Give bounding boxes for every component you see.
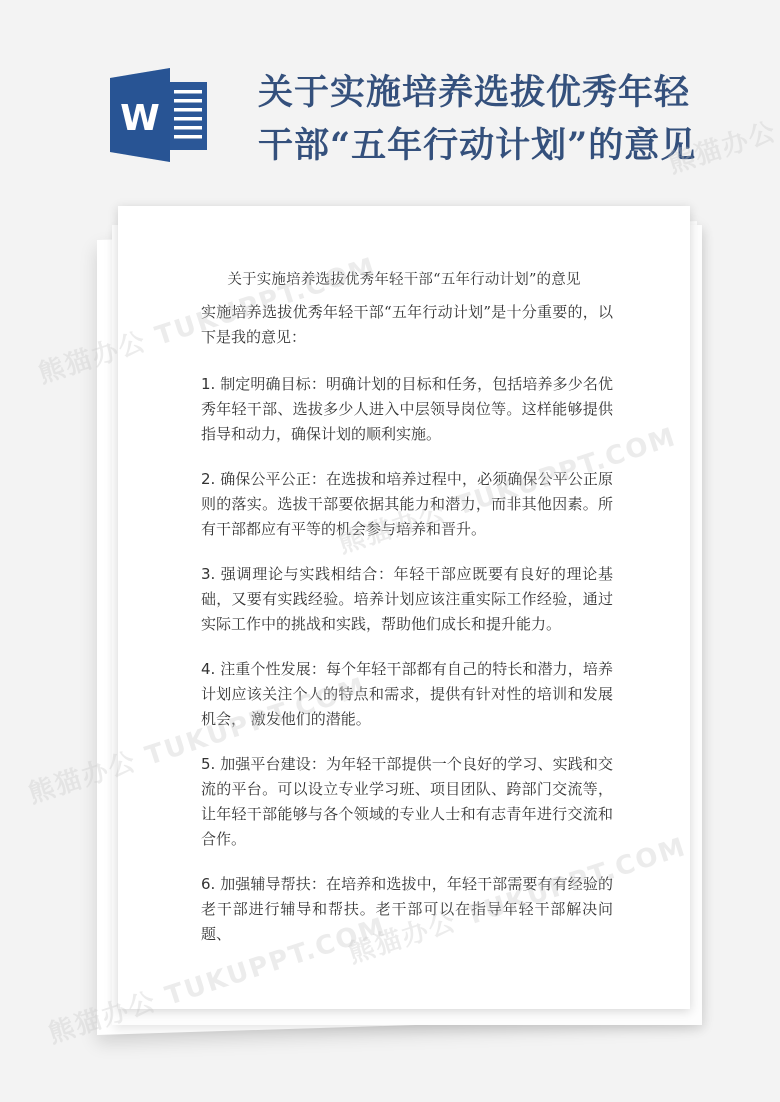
list-item: 5. 加强平台建设：为年轻干部提供一个良好的学习、实践和交流的平台。可以设立专业…	[201, 752, 613, 852]
document-page: 关于实施培养选拔优秀年轻干部“五年行动计划”的意见 实施培养选拔优秀年轻干部“五…	[118, 206, 690, 1009]
list-item: 4. 注重个性发展：每个年轻干部都有自己的特长和潜力，培养计划应该关注个人的特点…	[201, 657, 613, 732]
list-item: 1. 制定明确目标：明确计划的目标和任务，包括培养多少名优秀年轻干部、选拔多少人…	[201, 372, 613, 447]
intro-paragraph: 实施培养选拔优秀年轻干部“五年行动计划”是十分重要的，以下是我的意见：	[201, 300, 613, 350]
document-title: 关于实施培养选拔优秀年轻干部“五年行动计划”的意见	[258, 66, 698, 172]
document-body: 实施培养选拔优秀年轻干部“五年行动计划”是十分重要的，以下是我的意见： 1. 制…	[201, 300, 613, 967]
header: W 关于实施培养选拔优秀年轻干部“五年行动计划”的意见	[0, 0, 780, 200]
page-heading: 关于实施培养选拔优秀年轻干部“五年行动计划”的意见	[118, 268, 690, 289]
word-document-icon: W	[108, 68, 210, 162]
list-item: 3. 强调理论与实践相结合：年轻干部应既要有良好的理论基础，又要有实践经验。培养…	[201, 562, 613, 637]
list-item: 2. 确保公平公正：在选拔和培养过程中，必须确保公平公正原则的落实。选拔干部要依…	[201, 467, 613, 542]
list-item: 6. 加强辅导帮扶：在培养和选拔中，年轻干部需要有有经验的老干部进行辅导和帮扶。…	[201, 872, 613, 947]
svg-text:W: W	[120, 98, 160, 139]
